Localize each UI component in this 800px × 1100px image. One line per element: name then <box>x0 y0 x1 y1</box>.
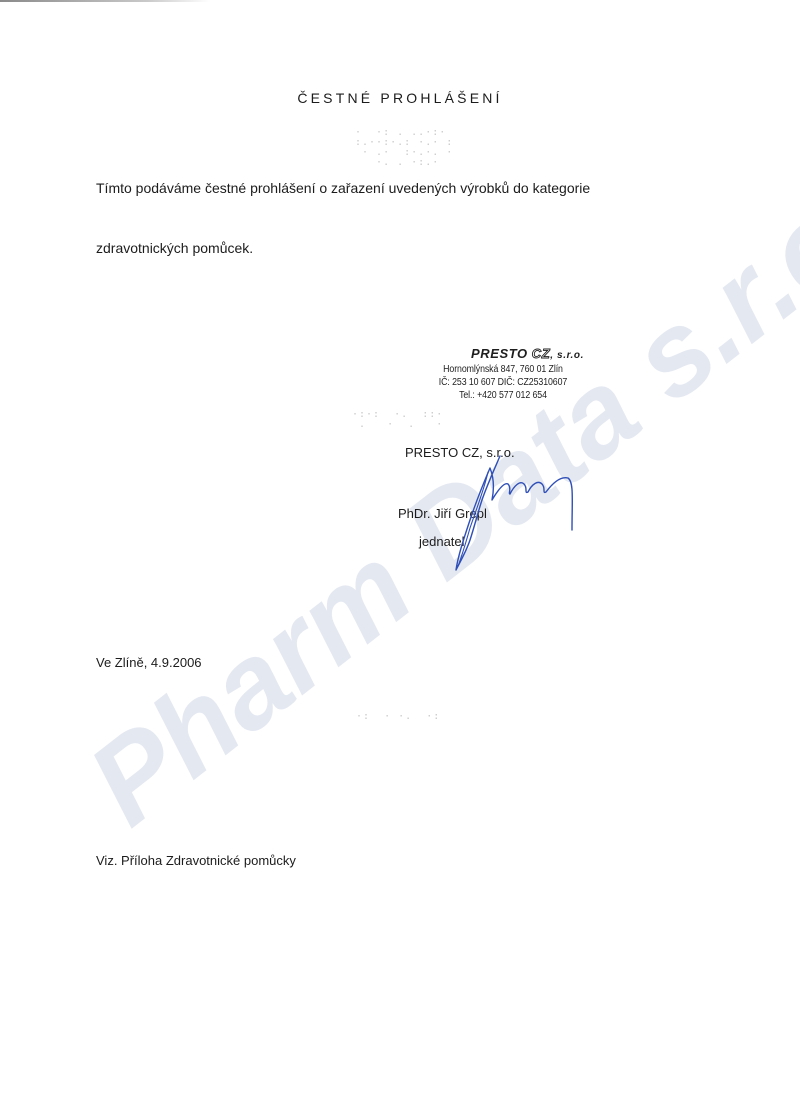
signatory-company: PRESTO CZ, s.r.o. <box>405 445 515 460</box>
stamp-ids: IČ: 253 10 607 DIČ: CZ25310607 <box>428 376 578 389</box>
signatory-role: jednatel <box>419 534 465 549</box>
watermark-text: Pharm Data s.r.o. <box>65 153 800 851</box>
scan-edge-line <box>0 0 210 2</box>
stamp-phone: Tel.: +420 577 012 654 <box>428 389 578 402</box>
stamp-address: Hornomlýnská 847, 760 01 Zlín <box>428 363 578 376</box>
company-stamp: PRESTOCZ, s.r.o. Hornomlýnská 847, 760 0… <box>418 346 588 402</box>
declaration-line-1: Tímto podáváme čestné prohlášení o zařaz… <box>96 180 590 196</box>
scan-noise: ·:·: ·. ::· . · . · <box>352 410 443 430</box>
attachment-note: Viz. Příloha Zdravotnické pomůcky <box>96 853 296 868</box>
document-title: ČESTNÉ PROHLÁŠENÍ <box>0 90 800 106</box>
place-and-date: Ve Zlíně, 4.9.2006 <box>96 655 202 670</box>
scan-noise: · ·: . ..·:· :.··:·.: ·.· : · .· :·.·. ·… <box>355 128 453 168</box>
stamp-company-name: PRESTOCZ, s.r.o. <box>418 346 588 363</box>
signatory-name: PhDr. Jiří Grepl <box>398 506 487 521</box>
scan-noise: ·: · ·. ·: <box>356 712 440 722</box>
declaration-line-2: zdravotnických pomůcek. <box>96 240 253 256</box>
